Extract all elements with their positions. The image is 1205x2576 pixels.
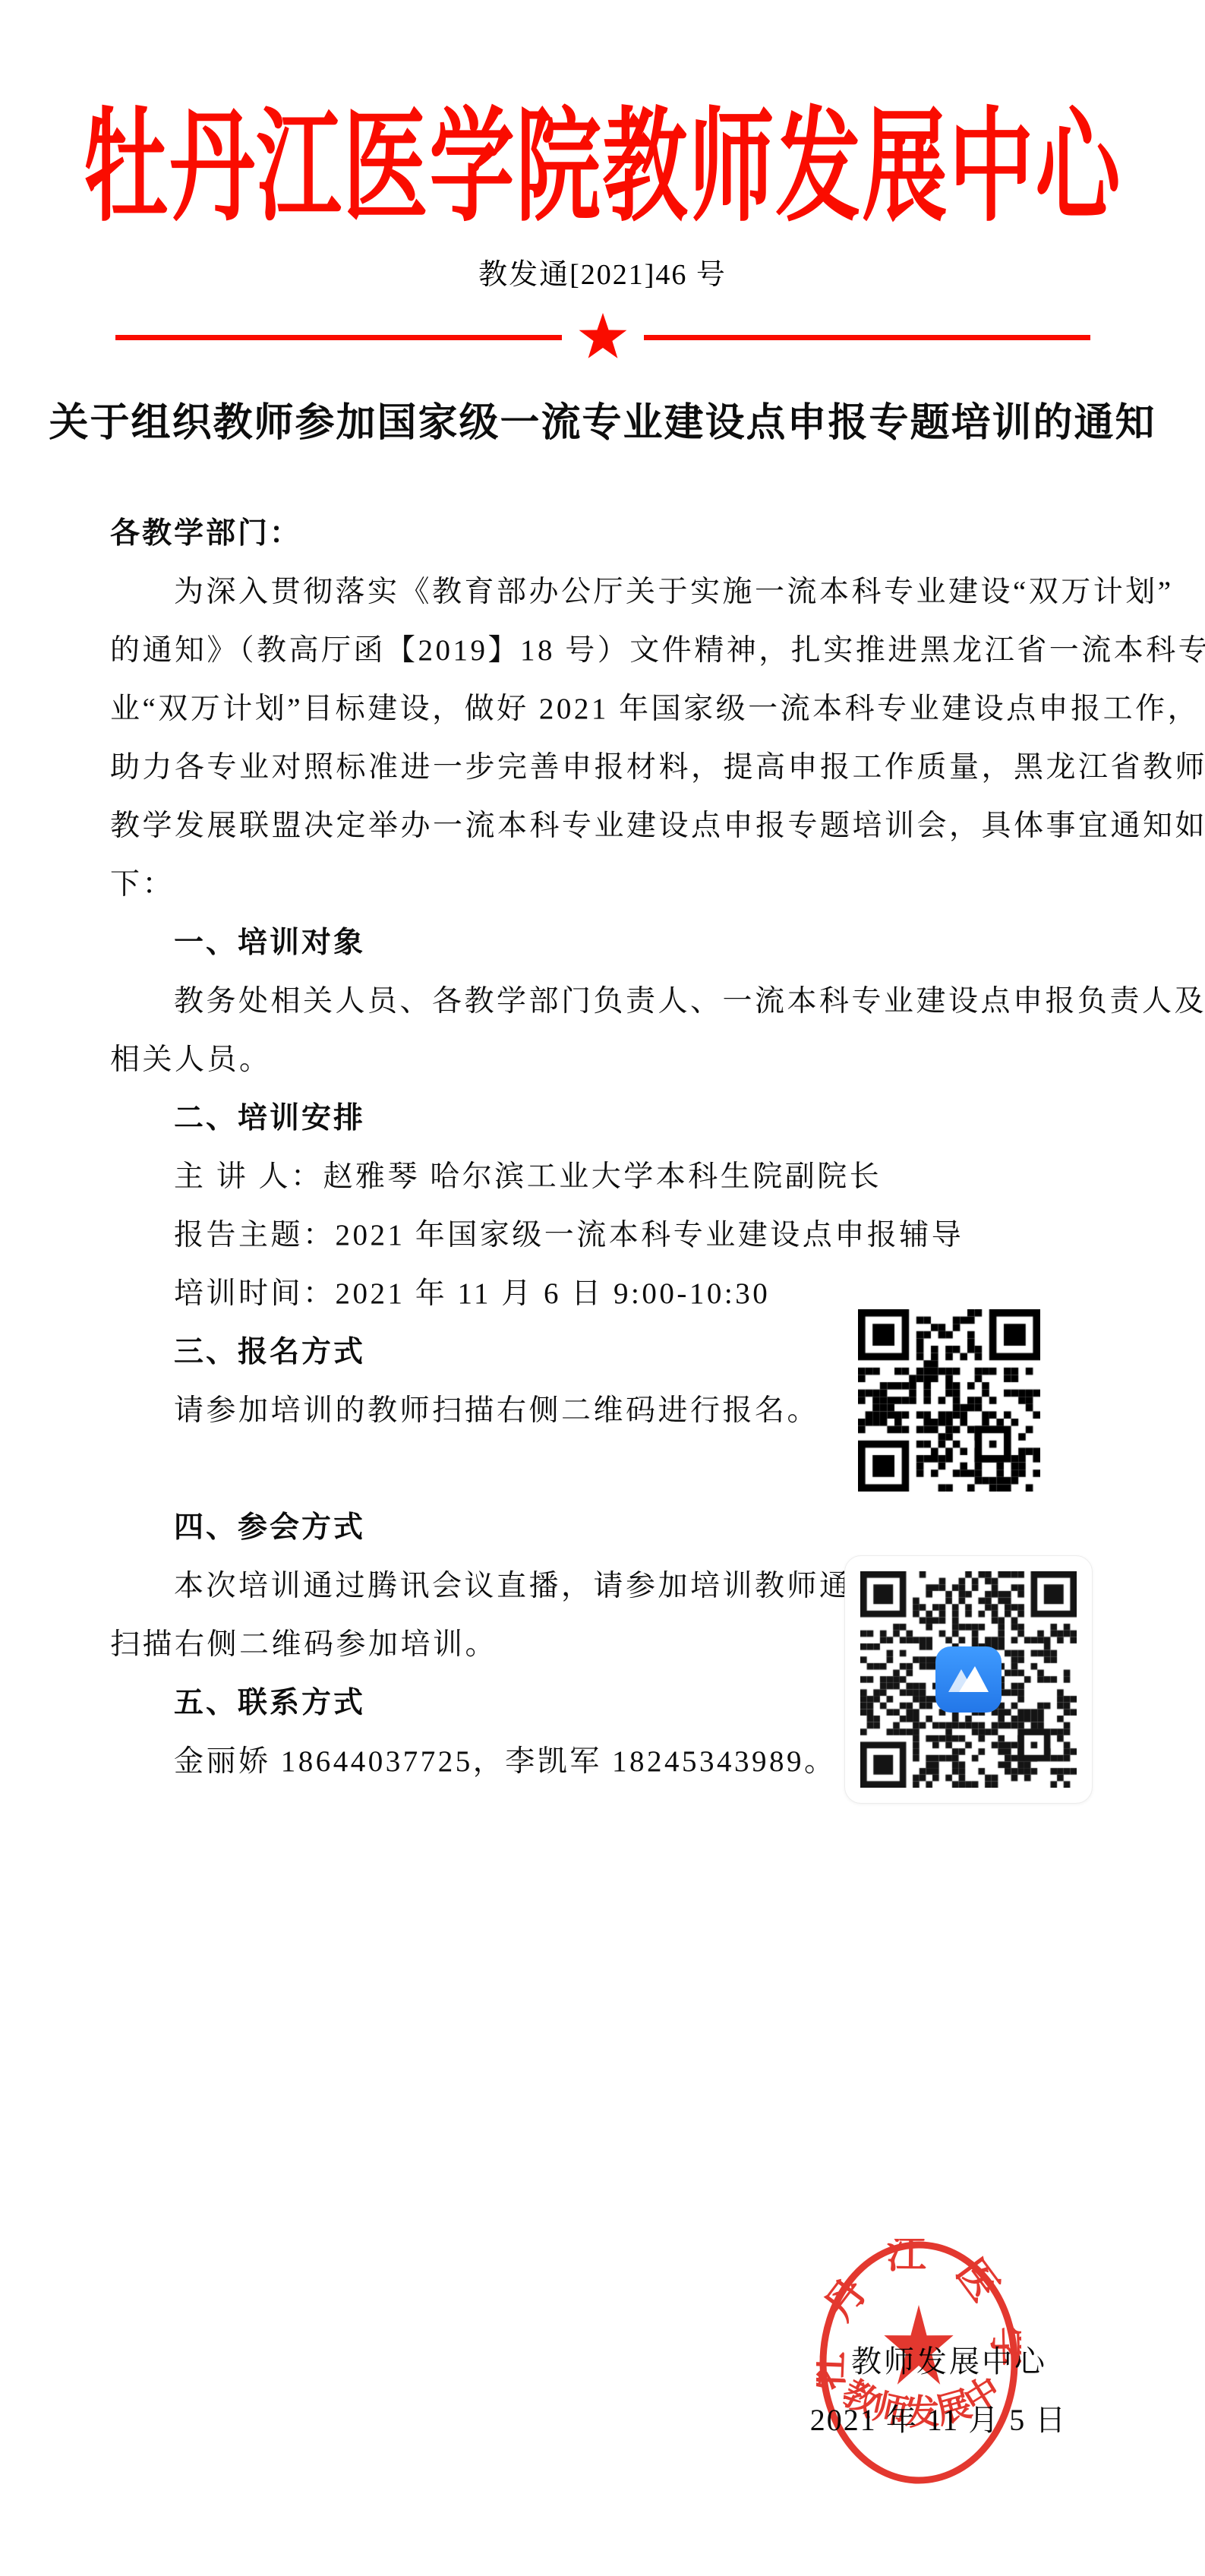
section-heading: 一、培训对象 — [110, 914, 1097, 972]
body-line: 教务处相关人员、各教学部门负责人、一流本科专业建设点申报负责人及 — [110, 972, 1097, 1031]
red-divider-left — [115, 335, 562, 340]
section-heading: 各教学部门： — [110, 504, 1097, 563]
body-line: 报告主题：2021 年国家级一流本科专业建设点申报辅导 — [110, 1206, 1097, 1264]
body-line: 下： — [110, 855, 1097, 914]
masthead-title: 牡丹江医学院教师发展中心 — [0, 68, 1205, 245]
seal-star-icon — [884, 2305, 953, 2385]
body-line: 的通知》（教高厅函【2019】18 号）文件精神，扎实推进黑龙江省一流本科专 — [110, 621, 1097, 680]
section-heading: 四、参会方式 — [110, 1498, 1097, 1557]
notice-title: 关于组织教师参加国家级一流专业建设点申报专题培训的通知 — [0, 390, 1205, 447]
body-line: 相关人员。 — [110, 1031, 1097, 1089]
body-line: 为深入贯彻落实《教育部办公厅关于实施一流本科专业建设“双万计划” — [110, 563, 1097, 621]
body-line: 业“双万计划”目标建设，做好 2021 年国家级一流本科专业建设点申报工作， — [110, 680, 1097, 738]
official-notice-page: 牡丹江医学院教师发展中心 教发通[2021]46 号 关于组织教师参加国家级一流… — [0, 0, 1205, 2576]
official-seal: 牡丹江医学院 教师发展中心 — [816, 2239, 1021, 2489]
body-line: 助力各专业对照标准进一步完善申报材料，提高申报工作质量，黑龙江省教师 — [110, 738, 1097, 797]
body-line: 教学发展联盟决定举办一流本科专业建设点申报专题培训会，具体事宜通知如 — [110, 797, 1097, 855]
section-heading: 二、培训安排 — [110, 1089, 1097, 1148]
star-icon — [578, 311, 628, 361]
doc-number: 教发通[2021]46 号 — [0, 251, 1205, 292]
registration-qr-code — [858, 1309, 1040, 1492]
meeting-qr-card — [844, 1555, 1093, 1804]
red-divider-right — [644, 335, 1090, 340]
tencent-meeting-logo-icon — [935, 1646, 1002, 1713]
body-line: 主 讲 人：赵雅琴 哈尔滨工业大学本科生院副院长 — [110, 1148, 1097, 1206]
